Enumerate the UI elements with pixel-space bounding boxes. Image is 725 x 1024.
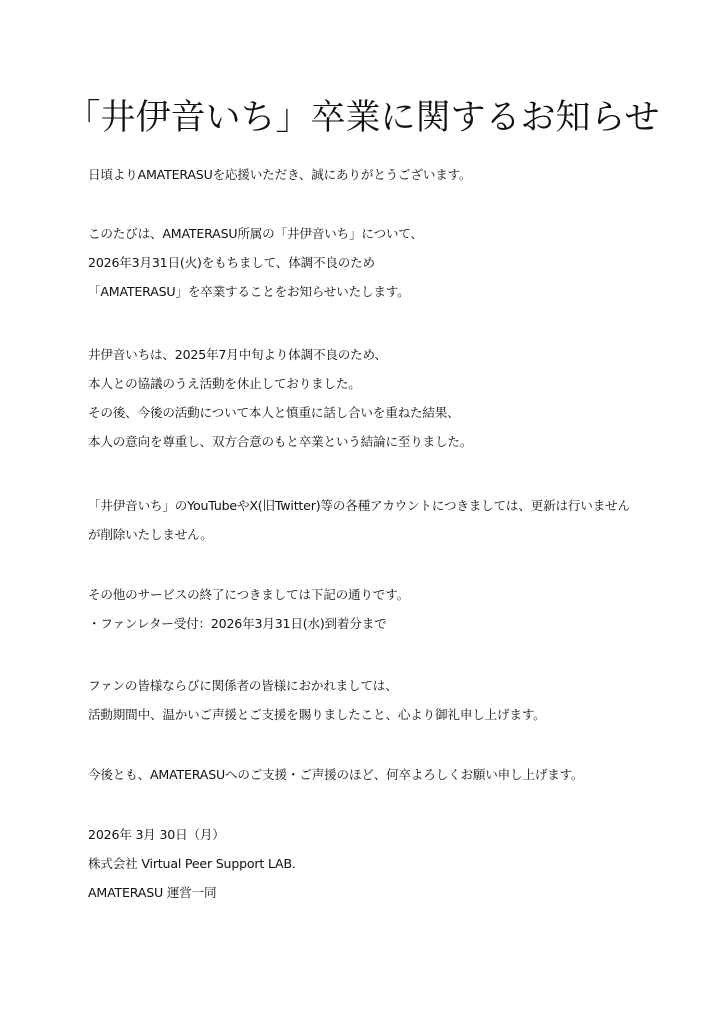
paragraph1-line3: 「AMATERASU」を卒業することをお知らせいたします。: [88, 283, 410, 301]
signature-team: AMATERASU 運営一同: [88, 884, 216, 902]
paragraph3-line1: 「井伊音いち」のYouTubeやX(旧Twitter)等の各種アカウントにつきま…: [88, 497, 630, 515]
paragraph3-line2: が削除いたしません。: [88, 526, 213, 544]
paragraph5-line1: ファンの皆様ならびに関係者の皆様におかれましては、: [88, 677, 398, 695]
greeting-line: 日頃よりAMATERASUを応援いただき、誠にありがとうございます。: [88, 166, 471, 184]
paragraph1-line2: 2026年3月31日(火)をもちまして、体調不良のため: [88, 254, 375, 272]
paragraph4-line1: その他のサービスの終了につきましては下記の通りです。: [88, 586, 409, 604]
closing-line: 今後とも、AMATERASUへのご支援・ご声援のほど、何卒よろしくお願い申し上げ…: [88, 766, 583, 784]
signature-date: 2026年 3月 30日（月）: [88, 826, 225, 844]
paragraph1-line1: このたびは、AMATERASU所属の「井伊音いち」について、: [88, 225, 423, 243]
paragraph2-line1: 井伊音いちは、2025年7月中旬より体調不良のため、: [88, 346, 387, 364]
document-title: 「井伊音いち」卒業に関するお知らせ: [0, 92, 725, 144]
fan-letter-deadline: ・ファンレター受付：2026年3月31日(水)到着分まで: [88, 615, 387, 633]
paragraph2-line4: 本人の意向を尊重し、双方合意のもと卒業という結論に至りました。: [88, 433, 472, 451]
paragraph5-line2: 活動期間中、温かいご声援とご支援を賜りましたこと、心より御礼申し上げます。: [88, 706, 546, 724]
signature-company: 株式会社 Virtual Peer Support LAB.: [88, 855, 296, 873]
paragraph2-line3: その後、今後の活動について本人と慎重に話し合いを重ねた結果、: [88, 404, 460, 422]
paragraph2-line2: 本人との協議のうえ活動を休止しておりました。: [88, 375, 361, 393]
